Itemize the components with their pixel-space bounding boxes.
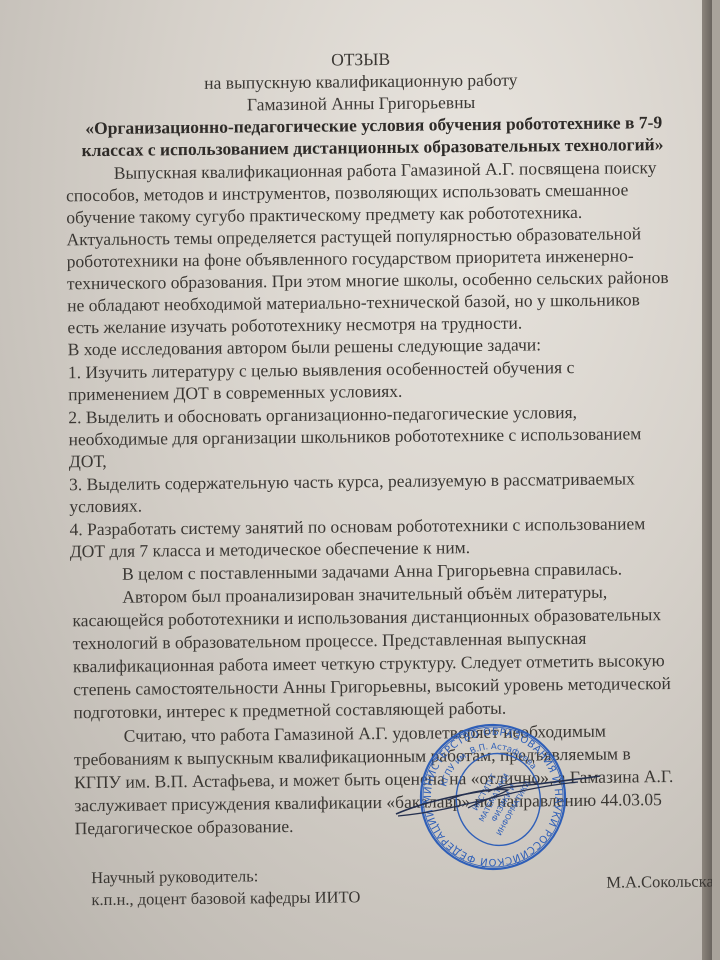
scanned-page: ОТЗЫВ на выпускную квалификационную рабо… xyxy=(0,0,712,960)
verdict-line: Педагогическое образование. xyxy=(75,815,294,839)
signature-position: к.п.н., доцент базовой кафедры ИИТО xyxy=(91,886,360,911)
handwritten-signature-icon xyxy=(388,770,608,830)
task-line: условиях. xyxy=(69,495,142,518)
task-line: необходимые для организации школьников р… xyxy=(68,422,641,450)
task-line: 3. Выделить содержательную часть курса, … xyxy=(69,467,635,495)
task-line: 4. Разработать систему занятий по основа… xyxy=(69,512,645,540)
task-line: ДОТ для 7 класса и методическое обеспече… xyxy=(70,536,471,562)
page-edge-shadow xyxy=(702,0,712,960)
task-line: ДОТ, xyxy=(69,450,107,472)
signature-role: Научный руководитель: xyxy=(91,865,258,889)
task-line: 1. Изучить литературу с целью выявления … xyxy=(68,356,575,383)
intro-line: не обладают необходимой материально-техн… xyxy=(67,288,640,316)
signature-name: М.А.Сокольская xyxy=(606,870,712,893)
task-line: применением ДОТ в современных условиях. xyxy=(68,380,402,405)
analysis-line: подготовки, интерес к предметной составл… xyxy=(73,697,506,724)
